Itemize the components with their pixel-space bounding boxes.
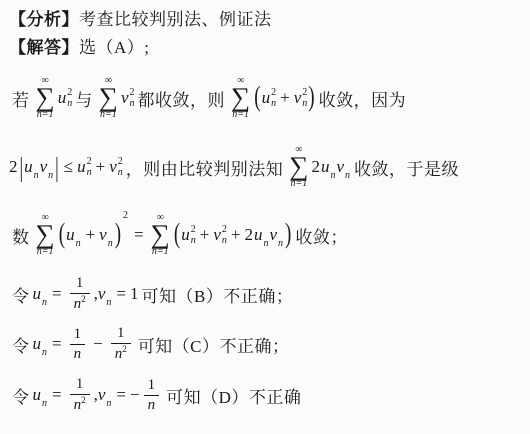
sum-lower-limit: n=1: [152, 247, 169, 257]
plus-operator: +: [200, 225, 210, 245]
right-abs-bar: |: [55, 151, 59, 184]
answer-line: 【解答】选（A）;: [9, 36, 522, 60]
var-u-n: un: [33, 385, 49, 405]
fraction-1-over-n: 1 n: [70, 325, 86, 364]
fraction-1-over-n2: 1 n2: [111, 324, 131, 364]
var-v-n: vn: [99, 225, 114, 245]
line-counterexample-c: 令 un = 1 n − 1 n2 可知（C）不正确；: [9, 320, 522, 368]
text-run: 收敛，因为: [319, 86, 407, 111]
analysis-line: 【分析】考查比较判别法、例证法: [9, 8, 522, 32]
sigma-icon: ∑: [289, 155, 308, 178]
leq-operator: ≤: [64, 157, 73, 177]
var-u-n-sq: u 2n: [262, 88, 277, 109]
text-run: 都收敛，则: [138, 86, 226, 111]
var-u-n-sq: u 2n: [181, 225, 196, 246]
equals-operator: =: [52, 385, 62, 405]
text-run: 可知（D）不正确: [166, 383, 301, 408]
sum-lower-limit: n=1: [37, 247, 54, 257]
plus-operator: +: [96, 157, 106, 177]
var-u-n: un: [254, 225, 270, 245]
var-v-n-sq: v 2n: [294, 88, 308, 109]
summation: ∞ ∑ n=1: [289, 145, 308, 189]
var-u-n-sq: u 2n: [77, 157, 92, 178]
line-convergence-premise: 若 ∞ ∑ n=1 u 2n 与 ∞ ∑ n=1 v 2n 都收敛，则 ∞ ∑ …: [9, 68, 522, 128]
summation: ∞ ∑ n=1: [99, 76, 118, 120]
coefficient-2: 2: [244, 225, 253, 245]
line-series-expansion: 数 ∞ ∑ n=1 ( un + vn ) 2 = ∞ ∑ n=1 ( u 2n…: [9, 206, 522, 264]
equals-operator: =: [52, 334, 62, 354]
sigma-icon: ∑: [99, 86, 118, 109]
equals-operator: =: [134, 225, 144, 245]
text-run: 收敛，于是级: [354, 155, 459, 180]
fraction-1-over-n: 1 n: [144, 376, 160, 415]
var-u-n: un: [33, 284, 49, 304]
text-run: 数: [12, 223, 30, 248]
minus-operator: −: [93, 334, 103, 354]
math-solution-document: 【分析】考查比较判别法、例证法 【解答】选（A）; 若 ∞ ∑ n=1 u 2n…: [0, 0, 530, 420]
left-paren: (: [59, 219, 65, 252]
right-paren: ): [285, 219, 291, 252]
text-run: 可知（C）不正确；: [138, 332, 290, 357]
text-run: 与: [75, 86, 93, 111]
text-run: 若: [12, 86, 30, 111]
fraction-1-over-n2: 1 n2: [70, 274, 90, 314]
summation: ∞ ∑ n=1: [231, 76, 250, 120]
coefficient-2: 2: [9, 157, 18, 177]
sigma-icon: ∑: [36, 86, 55, 109]
var-u-n: un: [33, 334, 49, 354]
text-run: 令: [12, 383, 30, 408]
text-run: 可知（B）不正确；: [141, 282, 293, 307]
square-exponent: 2: [123, 210, 128, 221]
analysis-tag: 【分析】: [9, 10, 79, 29]
line-comparison-test: 2 | un vn | ≤ u 2n + v 2n ，则由比较判别法知 ∞ ∑ …: [9, 136, 522, 198]
var-v-n: vn: [98, 284, 113, 304]
var-u-n: un: [24, 157, 40, 177]
equals-operator: =: [116, 385, 126, 405]
line-counterexample-b: 令 un = 1 n2 , vn = 1 可知（B）不正确；: [9, 270, 522, 318]
var-v-n-sq: v 2n: [213, 225, 227, 246]
var-v-n: vn: [269, 225, 284, 245]
var-u-n: un: [321, 157, 337, 177]
var-v-n: vn: [337, 157, 352, 177]
right-paren: ): [308, 82, 314, 115]
coefficient-2: 2: [312, 157, 321, 177]
fraction-1-over-n2: 1 n2: [70, 375, 90, 415]
answer-tag: 【解答】: [9, 38, 79, 57]
text-run: 收敛；: [295, 223, 348, 248]
sigma-icon: ∑: [151, 223, 170, 246]
sum-lower-limit: n=1: [232, 110, 249, 120]
left-abs-bar: |: [20, 151, 24, 184]
plus-operator: +: [231, 225, 241, 245]
text-run: 令: [12, 332, 30, 357]
text-run: ，则由比较判别法知: [126, 155, 284, 180]
summation: ∞ ∑ n=1: [36, 76, 55, 120]
sum-lower-limit: n=1: [37, 110, 54, 120]
var-v-n-sq: v 2n: [109, 157, 123, 178]
var-u-n: un: [66, 225, 82, 245]
plus-operator: +: [86, 225, 96, 245]
minus-sign: −: [130, 385, 140, 405]
summation: ∞ ∑ n=1: [36, 213, 55, 257]
sum-lower-limit: n=1: [291, 179, 308, 189]
left-paren: (: [254, 82, 260, 115]
answer-text: 选（A）;: [79, 38, 150, 57]
sigma-icon: ∑: [36, 223, 55, 246]
analysis-text: 考查比较判别法、例证法: [79, 10, 272, 29]
plus-operator: +: [280, 88, 290, 108]
value-one: 1: [130, 284, 139, 304]
sigma-icon: ∑: [231, 86, 250, 109]
summation: ∞ ∑ n=1: [151, 213, 170, 257]
var-v-n: vn: [40, 157, 55, 177]
line-counterexample-d: 令 un = 1 n2 , vn = − 1 n 可知（D）不正确: [9, 370, 522, 420]
equals-operator: =: [116, 284, 126, 304]
equals-operator: =: [52, 284, 62, 304]
var-u-n-sq: u 2n: [58, 88, 73, 109]
right-paren: ): [115, 219, 121, 252]
text-run: 令: [12, 282, 30, 307]
left-paren: (: [174, 219, 180, 252]
var-v-n: vn: [98, 385, 113, 405]
var-v-n-sq: v 2n: [121, 88, 135, 109]
sum-lower-limit: n=1: [100, 110, 117, 120]
